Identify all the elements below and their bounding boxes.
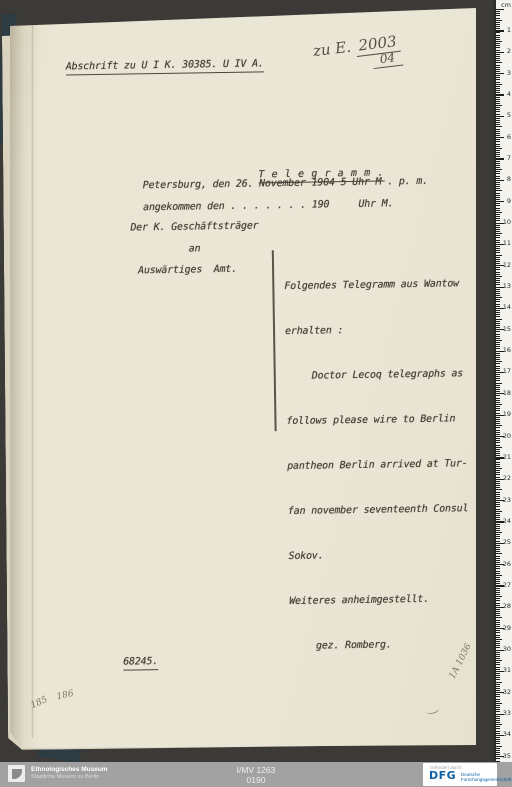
ruler-tick bbox=[496, 41, 502, 42]
ruler-tick bbox=[496, 182, 500, 183]
ruler-tick bbox=[496, 248, 500, 249]
ruler-tick bbox=[496, 568, 500, 569]
ruler-tick bbox=[496, 579, 500, 580]
ruler-tick bbox=[496, 682, 502, 683]
ruler-tick bbox=[496, 440, 500, 441]
ruler-number: 14 bbox=[503, 304, 511, 311]
ruler-tick bbox=[496, 647, 500, 648]
ruler-tick bbox=[496, 679, 500, 680]
ruler-tick bbox=[496, 571, 500, 572]
ruler-tick bbox=[496, 726, 500, 727]
ruler-tick bbox=[496, 218, 500, 219]
ruler-tick bbox=[496, 214, 500, 215]
ruler-tick bbox=[496, 609, 500, 610]
ruler-tick bbox=[496, 210, 500, 211]
ruler-tick bbox=[496, 180, 504, 181]
ruler-tick bbox=[496, 342, 500, 343]
ruler-tick bbox=[496, 90, 500, 91]
ruler-tick bbox=[496, 229, 500, 230]
ruler-tick bbox=[496, 513, 500, 514]
ruler-tick bbox=[496, 205, 500, 206]
body-line: Folgendes Telegramm aus Wantow bbox=[284, 278, 465, 302]
ruler-tick bbox=[496, 20, 502, 21]
ruler-tick bbox=[496, 432, 500, 433]
ruler-tick bbox=[496, 346, 500, 347]
ruler-tick bbox=[496, 92, 500, 93]
ruler-tick bbox=[496, 111, 500, 112]
ruler-tick bbox=[496, 242, 500, 243]
ruler-tick bbox=[496, 28, 500, 29]
ruler-tick bbox=[496, 445, 500, 446]
ruler-tick bbox=[496, 306, 500, 307]
ruler-tick bbox=[496, 438, 500, 439]
ruler-tick bbox=[496, 423, 500, 424]
ruler-tick bbox=[496, 144, 500, 145]
column-divider bbox=[272, 250, 276, 431]
museum-subtitle: Staatliche Museen zu Berlin bbox=[31, 774, 108, 781]
ruler-number: 6 bbox=[507, 134, 511, 141]
ruler-tick bbox=[496, 133, 500, 134]
ruler-tick bbox=[496, 120, 500, 121]
ruler-tick bbox=[496, 617, 502, 618]
ruler-tick bbox=[496, 600, 500, 601]
ruler-tick bbox=[496, 654, 500, 655]
ruler-tick bbox=[496, 163, 500, 164]
ruler-tick bbox=[496, 590, 500, 591]
ruler-tick bbox=[496, 374, 500, 375]
scan-page-number: 0190 bbox=[237, 775, 276, 785]
ruler-number: 25 bbox=[503, 539, 511, 546]
ruler-tick bbox=[496, 447, 502, 448]
ruler-tick bbox=[496, 30, 504, 31]
ruler-tick bbox=[496, 378, 500, 379]
ruler-tick bbox=[496, 314, 500, 315]
ruler-tick bbox=[496, 54, 500, 55]
ruler-tick bbox=[496, 50, 500, 51]
ruler-tick bbox=[496, 470, 500, 471]
copy-stamp-text: Abschrift zu U I K. 30385. U IV A. bbox=[66, 58, 264, 75]
ruler-tick bbox=[496, 348, 500, 349]
ruler-tick bbox=[496, 632, 500, 633]
ruler-tick bbox=[496, 575, 502, 576]
ruler-tick bbox=[496, 406, 500, 407]
ruler-tick bbox=[496, 263, 500, 264]
ruler-tick bbox=[496, 583, 500, 584]
ruler-tick bbox=[496, 129, 500, 130]
sender-line-2: an bbox=[189, 243, 201, 255]
ruler-number: 7 bbox=[507, 155, 511, 162]
ruler-tick bbox=[496, 122, 500, 123]
ruler-tick bbox=[496, 199, 500, 200]
ruler-tick bbox=[496, 703, 502, 704]
ruler-tick bbox=[496, 410, 500, 411]
ruler-tick bbox=[496, 664, 500, 665]
ruler-tick bbox=[496, 11, 500, 12]
ruler-tick bbox=[496, 462, 500, 463]
ruler-tick bbox=[496, 662, 500, 663]
ruler-tick bbox=[496, 284, 500, 285]
ruler-tick bbox=[496, 611, 500, 612]
ruler-number: 5 bbox=[507, 112, 511, 119]
ruler-number: 30 bbox=[503, 646, 511, 653]
ruler-tick bbox=[496, 227, 500, 228]
ruler-tick bbox=[496, 686, 500, 687]
ruler-tick bbox=[496, 67, 500, 68]
pencil-page-number-old: 185 bbox=[30, 696, 49, 711]
ruler-tick bbox=[496, 733, 500, 734]
ruler-tick bbox=[496, 250, 500, 251]
ruler-tick bbox=[496, 99, 500, 100]
ruler-tick bbox=[496, 52, 504, 53]
ruler-tick bbox=[496, 246, 500, 247]
ruler-tick bbox=[496, 613, 500, 614]
ruler-tick bbox=[496, 699, 500, 700]
ruler-tick bbox=[496, 237, 500, 238]
ruler-tick bbox=[496, 549, 500, 550]
ruler-tick bbox=[496, 387, 500, 388]
ruler-tick bbox=[496, 658, 500, 659]
ruler-number: 2 bbox=[507, 48, 511, 55]
date-line: Petersburg, den 26. November 1904 5 Uhr … bbox=[143, 176, 428, 192]
ruler-tick bbox=[496, 690, 500, 691]
ruler-tick bbox=[496, 451, 500, 452]
ruler-tick bbox=[496, 453, 500, 454]
sender-line-3: Auswärtiges Amt. bbox=[138, 264, 237, 278]
museum-logo-glyph bbox=[12, 769, 22, 779]
page-content: Abschrift zu U I K. 30385. U IV A. zu E.… bbox=[10, 8, 488, 755]
ruler-tick bbox=[496, 427, 500, 428]
ruler-number: 23 bbox=[503, 497, 511, 504]
ruler-tick bbox=[496, 492, 500, 493]
ruler-tick bbox=[496, 430, 500, 431]
ruler-tick bbox=[496, 748, 500, 749]
ruler-tick bbox=[496, 231, 500, 232]
ruler-tick bbox=[496, 596, 502, 597]
ruler-number: 24 bbox=[503, 518, 511, 525]
dfg-org-name-line2: Forschungsgemeinschaft bbox=[461, 777, 511, 782]
ruler-tick bbox=[496, 259, 500, 260]
ruler-tick bbox=[496, 353, 500, 354]
ruler-tick bbox=[496, 743, 500, 744]
ruler-tick bbox=[496, 289, 500, 290]
ruler-tick bbox=[496, 620, 500, 621]
ruler-tick bbox=[496, 169, 502, 170]
ruler-number: 26 bbox=[503, 561, 511, 568]
ruler-tick bbox=[496, 269, 500, 270]
ruler-tick bbox=[496, 528, 500, 529]
ruler-tick bbox=[496, 737, 500, 738]
ruler-tick bbox=[496, 562, 500, 563]
ruler-tick bbox=[496, 696, 500, 697]
ruler-tick bbox=[496, 186, 500, 187]
ruler-tick bbox=[496, 370, 500, 371]
ruler-tick bbox=[496, 380, 500, 381]
ruler-number: 31 bbox=[503, 667, 511, 674]
ruler-tick bbox=[496, 413, 500, 414]
ruler-tick bbox=[496, 746, 502, 747]
ruler-tick bbox=[496, 334, 500, 335]
ruler-tick bbox=[496, 336, 500, 337]
ruler-tick bbox=[496, 69, 500, 70]
ruler-tick bbox=[496, 639, 502, 640]
body-line: gez. Romberg. bbox=[290, 638, 471, 662]
ruler-tick bbox=[496, 481, 500, 482]
ruler-tick bbox=[496, 304, 500, 305]
ruler-tick bbox=[496, 417, 500, 418]
ruler-tick bbox=[496, 421, 500, 422]
body-line: Doctor Lecoq telegraphs as bbox=[286, 368, 467, 392]
ruler-number: 17 bbox=[503, 368, 511, 375]
ruler-tick bbox=[496, 701, 500, 702]
ruler-tick bbox=[496, 553, 502, 554]
ruler-tick bbox=[496, 165, 500, 166]
ruler-tick bbox=[496, 79, 500, 80]
ruler-number: 15 bbox=[503, 326, 511, 333]
ruler-number: 1 bbox=[507, 27, 511, 34]
ruler-number: 16 bbox=[503, 347, 511, 354]
ruler-tick bbox=[496, 506, 500, 507]
ruler-tick bbox=[496, 267, 500, 268]
ruler-tick bbox=[496, 645, 500, 646]
ruler-tick bbox=[496, 534, 500, 535]
ruler-tick bbox=[496, 295, 500, 296]
ruler-tick bbox=[496, 233, 502, 234]
ruler-tick bbox=[496, 502, 500, 503]
ruler-tick bbox=[496, 37, 500, 38]
ruler-tick bbox=[496, 667, 500, 668]
ruler-tick bbox=[496, 496, 500, 497]
ruler-tick bbox=[496, 35, 500, 36]
ruler-tick bbox=[496, 331, 500, 332]
ruler-tick bbox=[496, 184, 500, 185]
ruler-tick bbox=[496, 240, 500, 241]
ruler-tick bbox=[496, 566, 500, 567]
ruler-tick bbox=[496, 709, 500, 710]
museum-logo-icon bbox=[8, 765, 25, 782]
body-line: pantheon Berlin arrived at Tur- bbox=[287, 458, 468, 482]
ruler-number: 27 bbox=[503, 582, 511, 589]
ruler-tick bbox=[496, 731, 500, 732]
ruler-tick bbox=[496, 84, 502, 85]
ruler-tick bbox=[496, 504, 500, 505]
ruler-tick bbox=[496, 24, 500, 25]
ruler-tick bbox=[496, 519, 500, 520]
ruler-tick bbox=[496, 47, 500, 48]
ruler-tick bbox=[496, 652, 500, 653]
ruler-tick bbox=[496, 280, 500, 281]
ruler-tick bbox=[496, 594, 500, 595]
ruler-tick bbox=[496, 395, 500, 396]
ruler-tick bbox=[496, 167, 500, 168]
ruler-tick bbox=[496, 131, 500, 132]
ruler-tick bbox=[496, 137, 504, 138]
ruler-tick bbox=[496, 545, 500, 546]
ruler-tick bbox=[496, 707, 500, 708]
ruler-tick bbox=[496, 728, 500, 729]
ruler-tick bbox=[496, 272, 500, 273]
ruler-tick bbox=[496, 449, 500, 450]
ruler-tick bbox=[496, 135, 500, 136]
ruler-tick bbox=[496, 624, 500, 625]
ruler-tick bbox=[496, 195, 500, 196]
ruler-tick bbox=[496, 758, 500, 759]
ruler-tick bbox=[496, 383, 502, 384]
ruler-tick bbox=[496, 216, 500, 217]
ruler-tick bbox=[496, 274, 500, 275]
ruler-tick bbox=[496, 558, 500, 559]
ruler-tick bbox=[496, 402, 500, 403]
ruler-tick bbox=[496, 515, 500, 516]
ruler-tick bbox=[496, 434, 500, 435]
received-line: angekommen den . . . . . . . 190 Uhr M. bbox=[143, 198, 393, 214]
ruler-tick bbox=[496, 86, 500, 87]
ruler-number: 33 bbox=[503, 710, 511, 717]
ruler-number: 12 bbox=[503, 262, 511, 269]
ruler-tick bbox=[496, 442, 500, 443]
reference-number: 68245. bbox=[88, 644, 158, 681]
ruler-tick bbox=[496, 643, 500, 644]
ruler-tick bbox=[496, 252, 500, 253]
ruler-tick bbox=[496, 32, 500, 33]
ruler-tick bbox=[496, 536, 500, 537]
ruler-tick bbox=[496, 605, 500, 606]
ruler-tick bbox=[496, 161, 500, 162]
ruler-tick bbox=[496, 485, 500, 486]
ruler-tick bbox=[496, 694, 500, 695]
ruler-tick bbox=[496, 477, 500, 478]
reference-number-text: 68245. bbox=[123, 656, 158, 670]
ruler-tick bbox=[496, 391, 500, 392]
shelfmark: I/MV 1263 bbox=[237, 765, 276, 775]
ruler-tick bbox=[496, 404, 502, 405]
ruler-tick bbox=[496, 278, 500, 279]
ruler-tick bbox=[496, 754, 500, 755]
ruler-tick bbox=[496, 201, 504, 202]
ruler-tick bbox=[496, 541, 500, 542]
ruler-tick bbox=[496, 398, 500, 399]
ruler-tick bbox=[496, 511, 502, 512]
ruler-tick bbox=[496, 77, 500, 78]
ruler-tick bbox=[496, 126, 502, 127]
ruler-tick bbox=[496, 494, 500, 495]
ruler-tick bbox=[496, 389, 500, 390]
ruler-tick bbox=[496, 385, 500, 386]
ruler-tick bbox=[496, 716, 500, 717]
ruler-tick bbox=[496, 474, 500, 475]
ruler-tick bbox=[496, 641, 500, 642]
ruler-tick bbox=[496, 103, 500, 104]
ruler-tick bbox=[496, 361, 502, 362]
ruler-tick bbox=[496, 171, 500, 172]
ruler-tick bbox=[496, 556, 500, 557]
ruler-tick bbox=[496, 577, 500, 578]
ruler-tick bbox=[496, 178, 500, 179]
ruler-number: 3 bbox=[507, 70, 511, 77]
ruler-tick bbox=[496, 154, 500, 155]
ruler-tick bbox=[496, 376, 500, 377]
footer-bar: Ethnologisches Museum Staatliche Museen … bbox=[0, 762, 512, 787]
ruler-tick bbox=[496, 547, 500, 548]
ruler-tick bbox=[496, 487, 500, 488]
ruler-tick bbox=[496, 752, 500, 753]
ruler-tick bbox=[496, 669, 500, 670]
ruler-tick bbox=[496, 58, 500, 59]
handwritten-registry-note: zu E. 2003 04 bbox=[312, 33, 403, 76]
ruler-tick bbox=[496, 526, 500, 527]
ruler-tick bbox=[496, 466, 500, 467]
ruler-tick bbox=[496, 71, 500, 72]
ruler-tick bbox=[496, 327, 500, 328]
ruler-tick bbox=[496, 338, 500, 339]
ruler-tick bbox=[496, 105, 502, 106]
ruler-tick bbox=[496, 626, 500, 627]
handwritten-prefix: zu E. bbox=[312, 38, 352, 60]
ruler-number: 28 bbox=[503, 603, 511, 610]
ruler-tick bbox=[496, 282, 500, 283]
museum-branding: Ethnologisches Museum Staatliche Museen … bbox=[8, 765, 108, 782]
ruler-unit-label: cm bbox=[501, 2, 511, 9]
body-line: fan november seventeenth Consul bbox=[288, 503, 469, 527]
ruler-tick bbox=[496, 193, 500, 194]
ruler-tick bbox=[496, 419, 500, 420]
ruler-tick bbox=[496, 720, 500, 721]
ruler-tick bbox=[496, 588, 500, 589]
ruler-tick bbox=[496, 711, 500, 712]
ruler-tick bbox=[496, 255, 502, 256]
ruler-tick bbox=[496, 118, 500, 119]
ruler-tick bbox=[496, 176, 500, 177]
museum-text: Ethnologisches Museum Staatliche Museen … bbox=[31, 766, 108, 781]
ruler-number: 32 bbox=[503, 689, 511, 696]
ruler-tick bbox=[496, 366, 500, 367]
ruler-tick bbox=[496, 325, 500, 326]
ruler-tick bbox=[496, 82, 500, 83]
ruler-tick bbox=[496, 321, 500, 322]
ruler-tick bbox=[496, 45, 500, 46]
ruler-tick bbox=[496, 173, 500, 174]
ruler-tick bbox=[496, 43, 500, 44]
ruler-tick bbox=[496, 455, 500, 456]
ruler-tick bbox=[496, 459, 500, 460]
ruler-tick bbox=[496, 323, 500, 324]
ruler-tick bbox=[496, 359, 500, 360]
ruler-tick bbox=[496, 18, 500, 19]
ruler-tick bbox=[496, 630, 500, 631]
ruler-tick bbox=[496, 212, 502, 213]
ruler-tick bbox=[496, 107, 500, 108]
pencil-squiggle bbox=[425, 704, 440, 715]
ruler-tick bbox=[496, 560, 500, 561]
pencil-page-number: 186 bbox=[56, 690, 75, 703]
ruler-tick bbox=[496, 299, 500, 300]
ruler-tick bbox=[496, 660, 502, 661]
ruler-number: 11 bbox=[503, 240, 511, 247]
ruler-tick bbox=[496, 622, 500, 623]
ruler-tick bbox=[496, 637, 500, 638]
ruler-tick bbox=[496, 141, 500, 142]
ruler-tick bbox=[496, 677, 500, 678]
dfg-logo-box: Gefördert durch DFG Deutsche Forschungsg… bbox=[423, 763, 497, 786]
ruler-tick bbox=[496, 573, 500, 574]
ruler: cm 1234567891011121314151617181920212223… bbox=[496, 0, 512, 762]
ruler-tick bbox=[496, 152, 500, 153]
ruler-tick bbox=[496, 673, 500, 674]
ruler-tick bbox=[496, 724, 502, 725]
ruler-number: 19 bbox=[503, 411, 511, 418]
ruler-tick bbox=[496, 65, 500, 66]
ruler-tick bbox=[496, 363, 500, 364]
ruler-tick bbox=[496, 532, 502, 533]
